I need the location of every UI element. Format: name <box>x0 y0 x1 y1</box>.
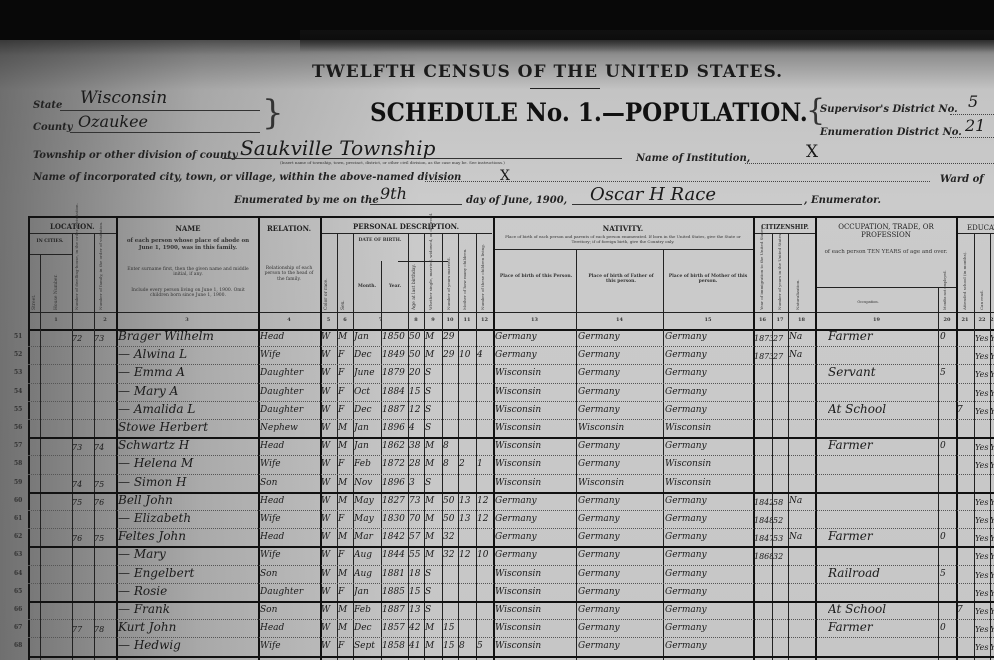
cell-write: Yes <box>990 534 994 543</box>
cell-read: Yes <box>975 625 990 634</box>
cell-write: Yes <box>990 607 994 616</box>
birth-father-header: Place of birth of Father of this person. <box>583 274 659 285</box>
cell-month: Jan <box>354 332 381 342</box>
line-number-strip: 515253545556575859606162636465666768 <box>0 216 28 660</box>
name-desc: of each person whose place of abode on J… <box>123 238 253 251</box>
cell-relation: Wife <box>260 459 320 469</box>
cell-occupation: At School <box>828 602 938 616</box>
city-label: Name of incorporated city, town, or vill… <box>33 172 461 183</box>
cell-age: 12 <box>409 405 424 415</box>
table-row[interactable]: 7675Feltes JohnHeadWMMar184257M32Germany… <box>28 529 994 547</box>
cell-relation: Daughter <box>260 387 320 397</box>
cell-occupation: At School <box>828 402 938 416</box>
cell-write: Yes <box>990 552 994 561</box>
cell-relation: Head <box>260 332 320 342</box>
cell-color: W <box>321 496 337 506</box>
cell-birth: Wisconsin <box>495 569 576 579</box>
cell-read: Yes <box>975 407 990 416</box>
column-number: 2 <box>94 317 116 323</box>
cell-age: 15 <box>409 587 424 597</box>
cell-name: Feltes John <box>118 529 258 543</box>
cell-mother: Germany <box>665 332 753 342</box>
cell-mother-of: 12 <box>459 550 476 560</box>
name-header: NAME <box>118 224 258 233</box>
cell-birth: Germany <box>495 350 576 360</box>
marital-header: Whether single, married, widowed, or div… <box>428 236 433 310</box>
sex-header: Sex. <box>341 290 346 310</box>
cell-dwelling: 72 <box>72 334 94 343</box>
cell-year: 1862 <box>382 441 408 451</box>
cell-marital: M <box>425 496 442 506</box>
cell-occupation: Farmer <box>828 438 938 452</box>
cell-birth: Germany <box>495 496 576 506</box>
day-line <box>370 204 462 205</box>
cell-color: W <box>321 387 337 397</box>
cell-mother: Germany <box>665 350 753 360</box>
cell-mother: Germany <box>665 441 753 451</box>
cell-write: Yes <box>990 443 994 452</box>
line-number: 60 <box>14 497 22 504</box>
township-value: Saukville Township <box>240 136 435 160</box>
cell-read: Yes <box>975 516 990 525</box>
cell-year: 1887 <box>382 405 408 415</box>
cell-father: Germany <box>578 368 663 378</box>
cell-birth: Germany <box>495 550 576 560</box>
table-row[interactable]: 7273Brager WilhelmHeadWMJan185050M29Germ… <box>28 329 994 347</box>
cell-sex: F <box>338 387 353 397</box>
line-number: 61 <box>14 515 22 522</box>
cell-read: Yes <box>975 571 990 580</box>
line-number: 52 <box>14 351 22 358</box>
cell-name: Bell John <box>118 493 258 507</box>
column-number: 12 <box>476 317 493 323</box>
cell-name: — Rosie <box>118 584 258 598</box>
census-page: TWELFTH CENSUS OF THE UNITED STATES. SCH… <box>0 0 994 660</box>
cell-read: Yes <box>975 334 990 343</box>
table-row[interactable]: — RosieDaughterWFJan188515SWisconsinGerm… <box>28 584 994 602</box>
cell-year: 1879 <box>382 368 408 378</box>
cell-month: June <box>354 368 381 378</box>
cell-read: Yes <box>975 534 990 543</box>
house-number-header: House Number. <box>54 258 59 310</box>
cell-year: 1896 <box>382 478 408 488</box>
months-unemployed-header: Months not employed. <box>943 288 947 310</box>
cell-father: Germany <box>578 387 663 397</box>
cell-marital: M <box>425 332 442 342</box>
line-number: 59 <box>14 479 22 486</box>
cell-year: 1884 <box>382 387 408 397</box>
table-row[interactable]: 7576Bell JohnHeadWMMay182773M501312Germa… <box>28 493 994 511</box>
cell-relation: Daughter <box>260 587 320 597</box>
cell-age: 50 <box>409 350 424 360</box>
cell-relation: Wife <box>260 550 320 560</box>
cell-dwelling: 77 <box>72 625 94 634</box>
cell-write: Yes <box>990 498 994 507</box>
cell-name: — Mary A <box>118 384 258 398</box>
cell-unemployed: 5 <box>940 569 956 579</box>
cell-month: Feb <box>354 459 381 469</box>
cell-name: — Engelbert <box>118 566 258 580</box>
naturalization-header: Naturalization. <box>795 266 800 310</box>
cell-mother: Germany <box>665 587 753 597</box>
table-row[interactable]: — HedwigWifeWFSept185841M1585WisconsinGe… <box>28 638 994 656</box>
cell-mother: Germany <box>665 605 753 615</box>
table-row[interactable]: — Helena MWifeWFFeb187228M821WisconsinGe… <box>28 456 994 474</box>
column-number: 17 <box>772 317 788 323</box>
cell-name: Stowe Herbert <box>118 420 258 434</box>
enumerated-label: Enumerated by me on the <box>234 195 379 206</box>
cell-yrs-married: 29 <box>443 332 458 342</box>
cell-marital: M <box>425 441 442 451</box>
cell-relation: Daughter <box>260 368 320 378</box>
line-number: 64 <box>14 570 22 577</box>
cell-sex: M <box>338 496 353 506</box>
cell-write: Yes <box>990 389 994 398</box>
cell-occupation: Railroad <box>828 566 938 580</box>
cell-marital: M <box>425 550 442 560</box>
cell-color: W <box>321 641 337 651</box>
cell-father: Germany <box>578 569 663 579</box>
cell-nat: Na <box>789 532 815 542</box>
cell-color: W <box>321 332 337 342</box>
line-number: 65 <box>14 588 22 595</box>
supervisor-value: 5 <box>968 92 978 111</box>
cell-occupation: Farmer <box>828 529 938 543</box>
cell-father: Germany <box>578 641 663 651</box>
cell-write: Yes <box>990 334 994 343</box>
cell-dwelling: 75 <box>72 498 94 507</box>
cell-school: 7 <box>957 405 974 415</box>
cell-dwelling: 74 <box>72 480 94 489</box>
name-note2: Include every person living on June 1, 1… <box>123 288 253 299</box>
dob-header: DATE OF BIRTH. <box>353 238 407 243</box>
cell-father: Wisconsin <box>578 478 663 488</box>
cell-sex: F <box>338 405 353 415</box>
citizenship-header: CITIZENSHIP. <box>755 224 815 231</box>
cell-name: — Simon H <box>118 475 258 489</box>
county-label: County <box>33 122 73 133</box>
relation-header: RELATION. <box>258 224 320 233</box>
cell-name: — Frank <box>118 602 258 616</box>
cell-year: 1881 <box>382 569 408 579</box>
cell-sex: F <box>338 514 353 524</box>
cell-birth: Wisconsin <box>495 441 576 451</box>
cell-yrs-married: 8 <box>443 441 458 451</box>
cell-sex: M <box>338 478 353 488</box>
cell-yrs-us: 27 <box>773 334 788 343</box>
cell-sex: F <box>338 550 353 560</box>
cell-marital: S <box>425 405 442 415</box>
street-header: Street. <box>32 276 37 310</box>
cell-mother-of: 10 <box>459 350 476 360</box>
cell-name: — Amalida L <box>118 402 258 416</box>
cell-immig: 1842 <box>754 498 772 507</box>
cell-mother-of: 13 <box>459 514 476 524</box>
cell-immig: 1868 <box>754 552 772 561</box>
enumerator-label: , Enumerator. <box>804 195 881 206</box>
cell-sex: F <box>338 368 353 378</box>
cell-relation: Head <box>260 623 320 633</box>
cell-occupation: Farmer <box>828 620 938 634</box>
township-label: Township or other division of county <box>33 150 238 161</box>
column-number: 20 <box>938 317 956 323</box>
cell-write: Yes <box>990 407 994 416</box>
cell-immig: 1847 <box>754 534 772 543</box>
column-number: 3 <box>116 317 258 323</box>
cell-yrs-married: 8 <box>443 459 458 469</box>
cell-age: 73 <box>409 496 424 506</box>
cell-birth: Germany <box>495 514 576 524</box>
cell-mother: Germany <box>665 405 753 415</box>
cell-nat: Na <box>789 496 815 506</box>
cell-marital: M <box>425 514 442 524</box>
cell-age: 55 <box>409 550 424 560</box>
cell-yrs-married: 32 <box>443 550 458 560</box>
cell-family: 75 <box>94 534 116 543</box>
cell-color: W <box>321 441 337 451</box>
cell-mother: Germany <box>665 641 753 651</box>
column-number: 15 <box>663 317 753 323</box>
cell-year: 1842 <box>382 532 408 542</box>
cell-mother: Germany <box>665 623 753 633</box>
cell-read: Yes <box>975 389 990 398</box>
cell-sex: M <box>338 423 353 433</box>
cell-age: 3 <box>409 478 424 488</box>
relation-desc: Relationship of each person to the head … <box>261 266 317 282</box>
cell-family: 73 <box>94 334 116 343</box>
table-row[interactable]: — Mary ADaughterWFOct188415SWisconsinGer… <box>28 384 994 402</box>
cell-father: Germany <box>578 405 663 415</box>
line-number: 58 <box>14 460 22 467</box>
cell-marital: S <box>425 387 442 397</box>
cell-birth: Wisconsin <box>495 368 576 378</box>
personal-description-header: PERSONAL DESCRIPTION. <box>320 222 492 231</box>
table-row[interactable]: — ElizabethWifeWFMay183070M501312Germany… <box>28 511 994 529</box>
cell-father: Germany <box>578 441 663 451</box>
column-number: 7 <box>353 317 408 323</box>
cell-read: Yes <box>975 498 990 507</box>
cell-age: 13 <box>409 605 424 615</box>
enumerated-day: 9th <box>380 184 407 203</box>
cell-mother: Germany <box>665 496 753 506</box>
line-number: 53 <box>14 369 22 376</box>
cell-marital: S <box>425 423 442 433</box>
cell-color: W <box>321 532 337 542</box>
cell-age: 70 <box>409 514 424 524</box>
cell-yrs-married: 15 <box>443 623 458 633</box>
cell-yrs-married: 29 <box>443 350 458 360</box>
age-header: Age at last birthday. <box>412 246 417 310</box>
cell-mother: Germany <box>665 550 753 560</box>
cell-birth: Wisconsin <box>495 405 576 415</box>
cell-relation: Son <box>260 478 320 488</box>
table-row[interactable]: — Emma ADaughterWFJune187920SWisconsinGe… <box>28 365 994 383</box>
cell-year: 1872 <box>382 459 408 469</box>
cell-sex: M <box>338 605 353 615</box>
cell-yrs-married: 32 <box>443 532 458 542</box>
cell-month: Dec <box>354 350 381 360</box>
line-number: 56 <box>14 424 22 431</box>
mother-of-header: Mother of how many children. <box>462 236 467 310</box>
column-number: 8 <box>408 317 424 323</box>
line-number: 63 <box>14 551 22 558</box>
nativity-header: NATIVITY. <box>493 224 753 233</box>
cell-living: 12 <box>477 496 493 506</box>
cell-father: Germany <box>578 587 663 597</box>
cell-relation: Wife <box>260 641 320 651</box>
cell-year: 1857 <box>382 623 408 633</box>
table-row[interactable]: 7778Kurt JohnHeadWMDec185742M15Wisconsin… <box>28 620 994 638</box>
line-number: 68 <box>14 642 22 649</box>
cell-marital: M <box>425 459 442 469</box>
table-row[interactable]: — Amalida LDaughterWFDec188712SWisconsin… <box>28 402 994 420</box>
column-number: 10 <box>442 317 458 323</box>
immigration-year-header: Year of immigration to the United States… <box>759 238 764 310</box>
schedule-title: SCHEDULE No. 1.—POPULATION. <box>370 98 808 127</box>
cell-sex: M <box>338 569 353 579</box>
table-row[interactable]: 7374Schwartz HHeadWMJan186238M8Wisconsin… <box>28 438 994 456</box>
table-row[interactable]: — Alwina LWifeWFDec184950M29104GermanyGe… <box>28 347 994 365</box>
cell-father: Germany <box>578 459 663 469</box>
line-number: 66 <box>14 606 22 613</box>
enumerated-month-year: day of June, 1900, <box>466 195 567 206</box>
cell-mother-of: 2 <box>459 459 476 469</box>
table-row[interactable]: — FrankSonWMFeb188713SWisconsinGermanyGe… <box>28 602 994 620</box>
cell-month: Mar <box>354 532 381 542</box>
table-row[interactable]: 7475— Simon HSonWMNov18963SWisconsinWisc… <box>28 475 994 493</box>
cell-relation: Daughter <box>260 405 320 415</box>
cell-family: 75 <box>94 480 116 489</box>
cell-sex: M <box>338 441 353 451</box>
population-schedule-table: LOCATION. IN CITIES. Street. House Numbe… <box>28 216 994 660</box>
cell-mother: Germany <box>665 387 753 397</box>
cell-mother: Wisconsin <box>665 478 753 488</box>
cell-year: 1858 <box>382 641 408 651</box>
cell-color: W <box>321 550 337 560</box>
enumeration-line <box>950 137 994 138</box>
city-value: X <box>500 168 510 184</box>
cell-write: Yes <box>990 625 994 634</box>
cell-sex: F <box>338 459 353 469</box>
education-header: EDUCATION <box>960 224 994 232</box>
cell-sex: F <box>338 587 353 597</box>
cell-birth: Wisconsin <box>495 623 576 633</box>
column-number: 11 <box>458 317 476 323</box>
cell-school: 7 <box>957 605 974 615</box>
cell-birth: Germany <box>495 332 576 342</box>
location-header: LOCATION. <box>50 222 94 231</box>
county-line <box>70 132 260 133</box>
cell-marital: S <box>425 368 442 378</box>
table-row[interactable]: — MaryWifeWFAug184455M321210GermanyGerma… <box>28 547 994 565</box>
cell-year: 1896 <box>382 423 408 433</box>
column-number: 14 <box>576 317 663 323</box>
cell-dwelling: 76 <box>72 534 94 543</box>
cell-dwelling: 73 <box>72 443 94 452</box>
cell-marital: M <box>425 641 442 651</box>
cell-color: W <box>321 514 337 524</box>
cell-living: 12 <box>477 514 493 524</box>
county-value: Ozaukee <box>78 112 148 131</box>
cell-month: Aug <box>354 550 381 560</box>
cell-month: May <box>354 496 381 506</box>
cell-relation: Head <box>260 441 320 451</box>
cell-read: Yes <box>975 643 990 652</box>
cell-birth: Wisconsin <box>495 459 576 469</box>
cell-age: 20 <box>409 368 424 378</box>
cell-name: — Elizabeth <box>118 511 258 525</box>
cell-read: Yes <box>975 352 990 361</box>
column-number: 1 <box>40 317 72 323</box>
column-number: 21 <box>956 317 974 323</box>
cell-color: W <box>321 587 337 597</box>
cell-read: Yes <box>975 552 990 561</box>
cell-year: 1827 <box>382 496 408 506</box>
cell-father: Germany <box>578 332 663 342</box>
cell-month: Sept <box>354 641 381 651</box>
cell-name: Schwartz H <box>118 438 258 452</box>
township-note: (Insert name of township, town, precinct… <box>280 160 505 165</box>
institution-line <box>745 163 994 164</box>
cell-month: Jan <box>354 587 381 597</box>
cell-yrs-us: 27 <box>773 352 788 361</box>
cell-age: 41 <box>409 641 424 651</box>
cell-mother: Germany <box>665 514 753 524</box>
cell-mother: Wisconsin <box>665 459 753 469</box>
cell-sex: M <box>338 532 353 542</box>
cell-color: W <box>321 423 337 433</box>
supervisor-label: Supervisor's District No. <box>820 104 958 115</box>
cell-write: Yes <box>990 516 994 525</box>
cell-mother: Wisconsin <box>665 423 753 433</box>
cell-relation: Nephew <box>260 423 320 433</box>
enumeration-label: Enumeration District No. <box>820 127 962 138</box>
cell-name: Brager Wilhelm <box>118 329 258 343</box>
cell-unemployed: 0 <box>940 623 956 633</box>
cell-write: Yes <box>990 589 994 598</box>
cell-year: 1887 <box>382 605 408 615</box>
cell-color: W <box>321 350 337 360</box>
dwelling-number-header: Number of dwelling-house, in the order o… <box>74 236 79 310</box>
cell-relation: Head <box>260 496 320 506</box>
cell-yrs-us: 52 <box>773 516 788 525</box>
years-married-header: Number of years married. <box>446 236 451 310</box>
cell-relation: Son <box>260 605 320 615</box>
column-number: 6 <box>337 317 353 323</box>
birth-person-header: Place of birth of this Person. <box>498 274 574 279</box>
cell-family: 78 <box>94 625 116 634</box>
table-row[interactable]: Stowe HerbertNephewWMJan18964SWisconsinW… <box>28 420 994 438</box>
cell-relation: Wife <box>260 350 320 360</box>
cell-father: Germany <box>578 532 663 542</box>
state-value: Wisconsin <box>80 88 167 108</box>
cell-relation: Head <box>260 532 320 542</box>
cell-age: 57 <box>409 532 424 542</box>
column-number: 16 <box>753 317 772 323</box>
cell-father: Wisconsin <box>578 423 663 433</box>
years-in-us-header: Number of years in the United States. <box>777 238 782 310</box>
cell-father: Germany <box>578 550 663 560</box>
table-row[interactable]: — EngelbertSonWMAug188118SWisconsinGerma… <box>28 566 994 584</box>
cell-birth: Wisconsin <box>495 478 576 488</box>
cell-marital: S <box>425 478 442 488</box>
cell-unemployed: 0 <box>940 332 956 342</box>
cell-mother-of: 13 <box>459 496 476 506</box>
cell-mother: Germany <box>665 368 753 378</box>
line-number: 55 <box>14 406 22 413</box>
attended-school-header: Attended school (in months). <box>962 246 967 310</box>
occupation-header: OCCUPATION, TRADE, OR PROFESSION <box>818 224 954 239</box>
